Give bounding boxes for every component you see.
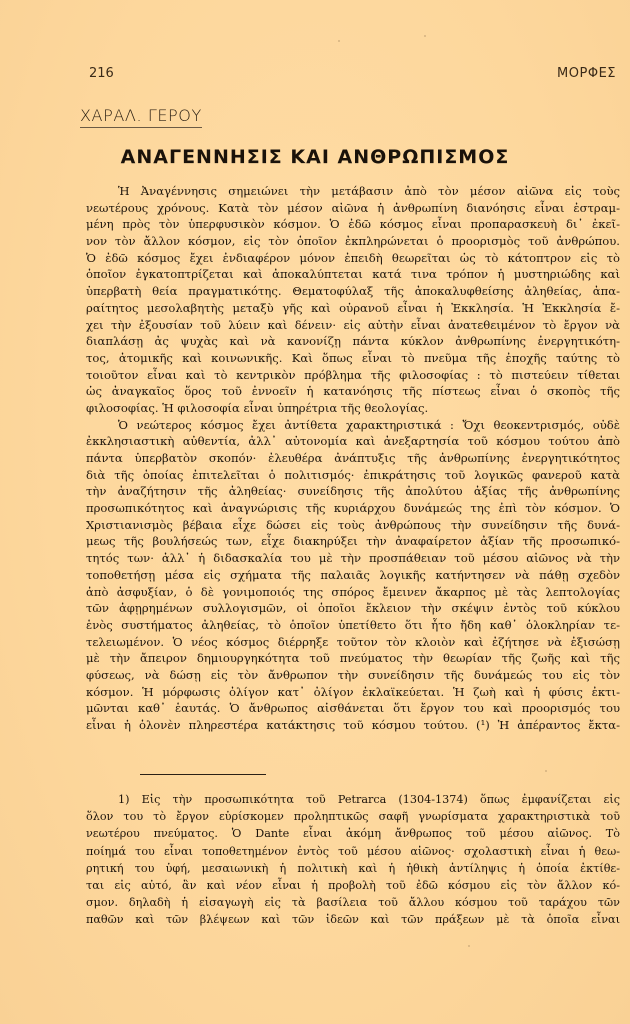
footnote-line: ται εἰς αὐτό, ἂν καὶ νέον εἶναι ἡ προβολ… [86, 877, 620, 894]
body-line: ἑνὸς συστήματος ἀληθείας, τὸ ὁποῖον ὑπετ… [86, 617, 620, 634]
body-line: Ὁ νεώτερος κόσμος ἔχει ἀντίθετα χαρακτηρ… [86, 417, 620, 434]
footnote-line: ρητική του ὑφή, μεσαιωνικὴ ἡ πολιτικὴ κα… [86, 860, 620, 877]
footnote-line: παθῶν καὶ τῶν βλέψεων καὶ τῶν ἰδεῶν καὶ … [86, 911, 620, 928]
article-title: ΑΝΑΓΕΝΝΗΣΙΣ ΚΑΙ ΑΝΘΡΩΠΙΣΜΟΣ [0, 146, 630, 168]
body-line: τελειωμένον. Ὁ νέος κόσμος διέρρηξε τοῦτ… [86, 634, 620, 651]
body-line: ὡς ἀναγκαῖος ὅρος τοῦ ἐννοεῖν ἡ κατανόησ… [86, 383, 620, 400]
body-line: νον τὸν ἄλλον κόσμον, εἰς τὸν ὁποῖον ἐκπ… [86, 233, 620, 250]
journal-name: ΜΟΡΦΕΣ [557, 66, 616, 81]
body-line: διαπλάσῃ ἀς ψυχὰς καὶ νὰ κανονίζῃ πάντα … [86, 333, 620, 350]
running-head: 216 ΜΟΡΦΕΣ [89, 66, 616, 82]
footnote-line: νεωτέρου πνεύματος. Ὁ Dante εἶναι ἀκόμη … [86, 825, 620, 842]
body-line: μένη πρὸς τὸν ὑπερφυσικὸν κόσμον. Ὁ ἐδῶ … [86, 216, 620, 233]
article-author: ΧΑΡΑΛ. ΓΕΡΟΥ [80, 106, 202, 128]
paper-speck [545, 770, 547, 772]
paper-speck [424, 35, 426, 37]
body-line: ἐκκλησιαστικὴ αὐθεντία, ἀλλ᾽ αὐτονομία κ… [86, 433, 620, 450]
body-line: μεως τῆς βουλήσεώς των, εἶχε διακηρύξει … [86, 533, 620, 550]
body-line: ὁποῖον ἐγκατοπτρίζεται καὶ ἀποκαλύπτεται… [86, 266, 620, 283]
footnote-line: σμον. δηλαδὴ ἡ εἰσαγωγὴ εἰς τὰ βασίλεια … [86, 894, 620, 911]
body-line: νεωτέρους χρόνους. Κατὰ τὸν μέσον αἰῶνα … [86, 200, 620, 217]
article-body: Ἡ Ἀναγέννησις σημειώνει τὴν μετάβασιν ἀπ… [86, 183, 620, 734]
footnote-line: ὅλον του τὸ ἔργον εὑρίσκομεν προληπτικῶς… [86, 808, 620, 825]
body-line: Ἡ Ἀναγέννησις σημειώνει τὴν μετάβασιν ἀπ… [86, 183, 620, 200]
page-number: 216 [89, 66, 114, 81]
footnote-line: 1) Εἰς τὴν προσωπικότητα τοῦ Petrarca (1… [86, 791, 620, 808]
body-line: τος, ἀτομικῆς καὶ κοινωνικῆς. Καὶ ὅπως ε… [86, 350, 620, 367]
body-line: ὑπερβατὴ θεία πραγματικότης. Θεματοφύλαξ… [86, 283, 620, 300]
footnote-divider [140, 774, 266, 775]
body-line: τὴν ἀναζήτησιν τῆς ἀληθείας· συνείδησις … [86, 483, 620, 500]
body-line: μῶνται καθ᾽ ἑαυτάς. Ὁ ἄνθρωπος αἰσθάνετα… [86, 700, 620, 717]
paper-speck [610, 190, 612, 192]
body-line: Ὁ ἐδῶ κόσμος ἔχει ἐνδιαφέρον μόνον ἐπειδ… [86, 250, 620, 267]
body-line: φύσεως, νὰ δώσῃ εἰς τὸν ἄνθρωπον τὴν συν… [86, 667, 620, 684]
body-line: εἶναι ἡ ὁλονὲν πληρεστέρα κατάκτησις τοῦ… [86, 717, 620, 734]
body-line: ραίτητος μεσολαβητὴς μεταξὺ γῆς καὶ οὐρα… [86, 300, 620, 317]
body-line: κόσμον. Ἡ μόρφωσις ὀλίγον κατ᾽ ὀλίγον ἐκ… [86, 684, 620, 701]
body-line: διὰ τῆς ὁποίας ἐπιτελεῖται ὁ πολιτισμός·… [86, 467, 620, 484]
body-line: τητός των· ἀλλ᾽ ἡ διδασκαλία του μὲ τὴν … [86, 550, 620, 567]
footnote-line: ποίημά του εἶναι τοποθετημένον ἐντὸς τοῦ… [86, 843, 620, 860]
body-line: τοιοῦτον εἶναι καὶ τὸ κεντρικὸν πρόβλημα… [86, 367, 620, 384]
body-line: προσωπικότητος καὶ ἀναγνώρισις τῆς κυριά… [86, 500, 620, 517]
scanned-page: 216 ΜΟΡΦΕΣ ΧΑΡΑΛ. ΓΕΡΟΥ ΑΝΑΓΕΝΝΗΣΙΣ ΚΑΙ … [0, 0, 630, 1024]
body-line: χει τὴν ἐξουσίαν τοῦ λύειν καὶ δένειν· ε… [86, 317, 620, 334]
paper-speck [338, 40, 340, 42]
body-line: τοποθετήσῃ μέσα εἰς σχήματα τῆς παλαιᾶς … [86, 567, 620, 584]
body-line: τῶν ἀφῃρημένων συλλογισμῶν, οἱ ὁποῖοι ἔκ… [86, 600, 620, 617]
paper-speck [468, 945, 470, 947]
body-line: φιλοσοφίας. Ἡ φιλοσοφία εἶναι ὑπηρέτρια … [86, 400, 620, 417]
body-line: Χριστιανισμὸς βέβαια εἶχε δώσει εἰς τοὺς… [86, 517, 620, 534]
body-line: μὲ τὴν ἄπειρον δημιουργηκότητα τοῦ πνεύμ… [86, 650, 620, 667]
body-line: πάντα ὑπερβατὸν σκοπόν· ἐλευθέρα ἀνάπτυξ… [86, 450, 620, 467]
body-line: ἀπὸ ἀσφυξίαν, ὁ δὲ γονιμοποιός της σπόρο… [86, 584, 620, 601]
footnotes: 1) Εἰς τὴν προσωπικότητα τοῦ Petrarca (1… [86, 791, 620, 929]
